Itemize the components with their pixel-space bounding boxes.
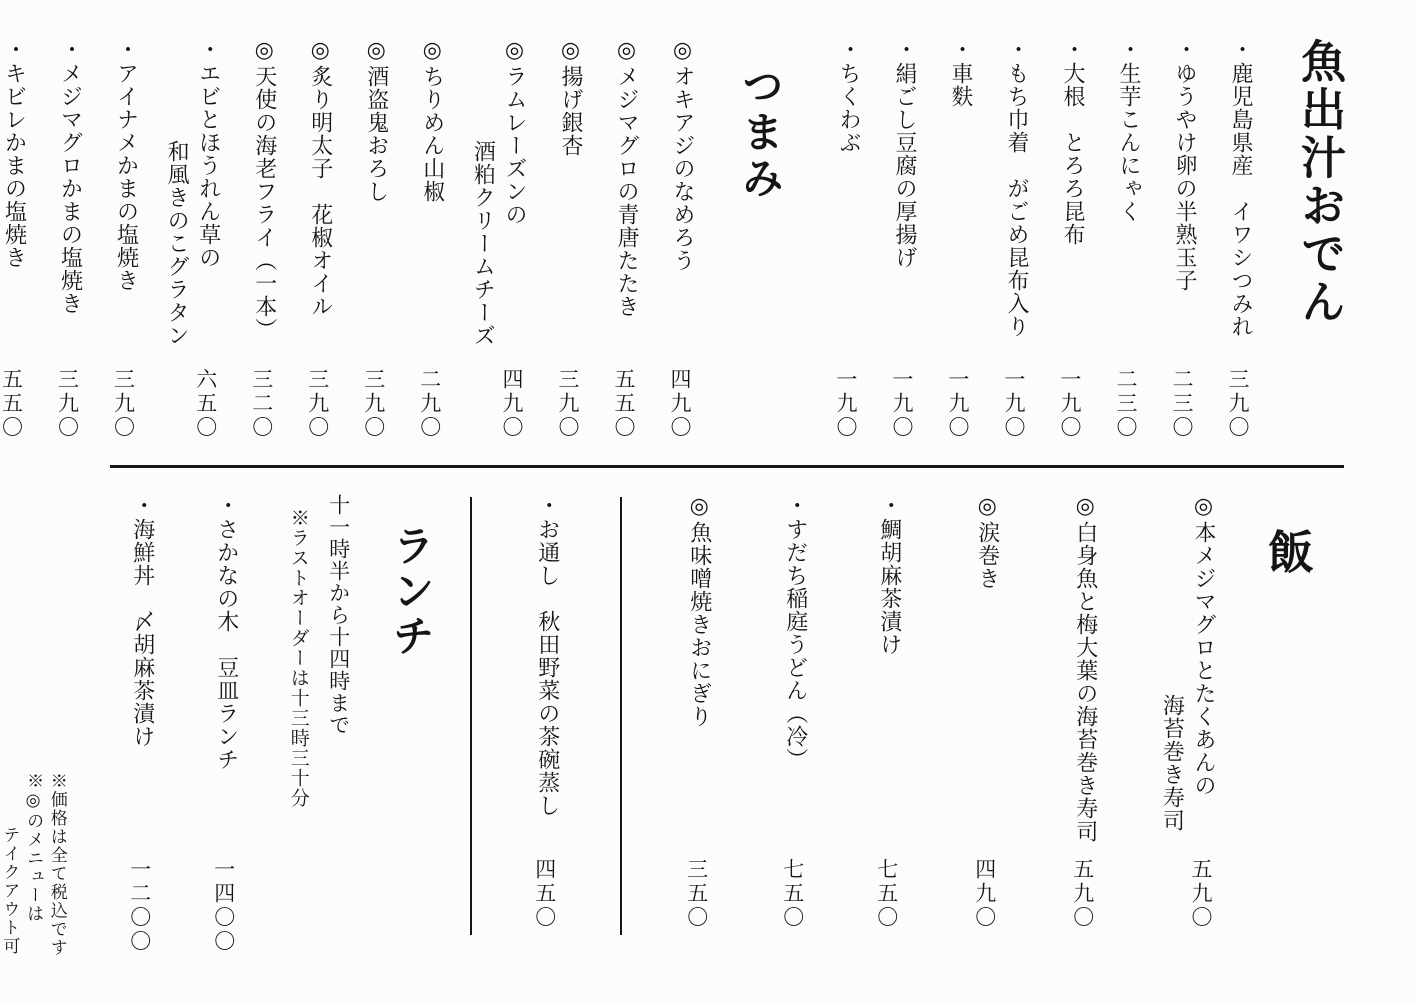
item-label: 酒盗鬼おろし	[365, 65, 390, 203]
item-label: 天使の海老フライ（一本）	[253, 65, 278, 341]
horizontal-divider	[110, 465, 1344, 468]
menu-item: ・キビレかまの塩焼き 五五〇	[0, 38, 27, 440]
item-name: ・鯛胡麻茶漬け	[877, 494, 902, 858]
bullet-marker: ◎	[1074, 494, 1099, 521]
item-label: 白身魚と梅大葉の海苔巻き寿司	[1074, 521, 1099, 843]
bullet-marker: ◎	[1192, 494, 1217, 521]
item-price: 四九〇	[665, 368, 695, 440]
item-price: 七五〇	[872, 858, 902, 930]
bullet-marker: ◎	[615, 38, 640, 65]
item-name: ・鹿児島県産 イワシつみれ	[1228, 38, 1253, 368]
tsumami-section-title: つまみ	[729, 38, 789, 202]
menu-item: ・車麩 一九〇	[943, 38, 973, 440]
item-price: 三九〇	[359, 368, 389, 440]
section-oden-tsumami: 魚出汁おでん ・鹿児島県産 イワシつみれ 三九〇 ・ゆうやけ卵の半熟玉子 二三〇…	[0, 38, 1352, 464]
item-label: オキアジのなめろう	[671, 65, 696, 272]
item-price: 一九〇	[999, 368, 1029, 440]
menu-item: ・メジマグロかまの塩焼き 三九〇	[53, 38, 83, 440]
bullet-marker: ・	[197, 38, 222, 62]
item-name: ◎酒盗鬼おろし	[364, 38, 389, 368]
bullet-marker: ◎	[365, 38, 390, 65]
item-price: 一九〇	[831, 368, 861, 440]
menu-item: ・海鮮丼 〆胡麻茶漬け 一二〇〇	[125, 494, 155, 954]
menu-item: ・大根 とろろ昆布 一九〇	[1055, 38, 1085, 440]
bullet-marker: ・	[131, 494, 156, 518]
vertical-divider	[620, 497, 622, 935]
item-price: 四九〇	[970, 858, 1000, 930]
item-label: さかなの木 豆皿ランチ	[215, 518, 240, 771]
item-price: 三九〇	[303, 368, 333, 440]
menu-item: ・アイナメかまの塩焼き 三九〇	[109, 38, 139, 440]
item-name: ・ちくわぶ	[836, 38, 861, 368]
item-name: ◎天使の海老フライ（一本）	[252, 38, 277, 368]
bullet-marker: ・	[1117, 38, 1142, 62]
item-label: 炙り明太子 花椒オイル	[309, 65, 334, 318]
tax-note: ※価格は全て税込です	[47, 772, 66, 957]
item-label-line2: 和風きのこグラタン	[165, 38, 190, 368]
menu-item: ・鹿児島県産 イワシつみれ 三九〇	[1223, 38, 1253, 440]
item-name: ・生芋こんにゃく	[1116, 38, 1141, 368]
item-price: 三二〇	[247, 368, 277, 440]
item-name: ・もち巾着 がごめ昆布入り	[1004, 38, 1029, 368]
meshi-section-title: 飯	[1254, 494, 1320, 574]
item-price: 七五〇	[778, 858, 808, 930]
menu-item: ◎揚げ銀杏 三九〇	[553, 38, 583, 440]
item-name: ◎本メジマグロとたくあんの 海苔巻き寿司	[1160, 494, 1216, 858]
item-price: 二三〇	[1167, 368, 1197, 440]
item-price: 三九〇	[109, 368, 139, 440]
takeout-note-line2: テイクアウト可	[0, 772, 18, 957]
item-name: ◎魚味噌焼きおにぎり	[687, 494, 712, 858]
item-label: 鹿児島県産 イワシつみれ	[1229, 62, 1254, 338]
menu-item: ・もち巾着 がごめ昆布入り 一九〇	[999, 38, 1029, 440]
item-name: ・車麩	[948, 38, 973, 368]
menu-item: ◎ラムレーズンの 酒粕クリームチーズ 四九〇	[471, 38, 527, 440]
menu-item: ・絹ごし豆腐の厚揚げ 一九〇	[887, 38, 917, 440]
item-label: 鯛胡麻茶漬け	[878, 518, 903, 656]
item-label: ちくわぶ	[837, 62, 862, 154]
item-label: 大根 とろろ昆布	[1061, 62, 1086, 246]
menu-item: ◎炙り明太子 花椒オイル 三九〇	[303, 38, 333, 440]
bullet-marker: ◎	[976, 494, 1001, 521]
item-price: 三九〇	[553, 368, 583, 440]
item-label: キビレかまの塩焼き	[3, 62, 28, 269]
item-label: すだち稲庭うどん（冷）	[784, 518, 809, 771]
item-label: エビとほうれん草の	[197, 62, 222, 269]
bullet-marker: ・	[1005, 38, 1030, 62]
item-price: 一九〇	[943, 368, 973, 440]
bullet-marker: ・	[878, 494, 903, 518]
menu-item: ◎魚味噌焼きおにぎり 三五〇	[682, 494, 712, 930]
item-label: 絹ごし豆腐の厚揚げ	[893, 62, 918, 269]
item-label: お通し 秋田野菜の茶碗蒸し	[536, 518, 561, 817]
bullet-marker: ◎	[671, 38, 696, 65]
menu-page: 魚出汁おでん ・鹿児島県産 イワシつみれ 三九〇 ・ゆうやけ卵の半熟玉子 二三〇…	[0, 0, 1416, 1002]
bullet-marker: ・	[837, 38, 862, 62]
menu-item: ・ゆうやけ卵の半熟玉子 二三〇	[1167, 38, 1197, 440]
vertical-divider	[470, 497, 472, 935]
item-label: メジマグロかまの塩焼き	[59, 62, 84, 315]
bullet-marker: ◎	[503, 38, 528, 65]
bullet-marker: ・	[1061, 38, 1086, 62]
item-price: 一九〇	[887, 368, 917, 440]
item-label-line2: 海苔巻き寿司	[1160, 494, 1185, 858]
item-name: ・キビレかまの塩焼き	[2, 38, 27, 368]
menu-item: ◎天使の海老フライ（一本） 三二〇	[247, 38, 277, 440]
item-name: ◎白身魚と梅大葉の海苔巻き寿司	[1073, 494, 1098, 858]
menu-item: ・生芋こんにゃく 二三〇	[1111, 38, 1141, 440]
item-price: 四五〇	[530, 858, 560, 930]
lunch-last-order-note: ※ラストオーダーは十三時三十分	[285, 494, 312, 808]
item-price: 五五〇	[609, 368, 639, 440]
item-label-line2: 酒粕クリームチーズ	[471, 38, 496, 368]
item-name: ・すだち稲庭うどん（冷）	[783, 494, 808, 858]
item-name: ◎ラムレーズンの 酒粕クリームチーズ	[471, 38, 527, 368]
bullet-marker: ◎	[309, 38, 334, 65]
menu-item: ◎本メジマグロとたくあんの 海苔巻き寿司 五九〇	[1160, 494, 1216, 930]
bullet-marker: ◎	[559, 38, 584, 65]
lunch-section-title: ランチ	[380, 494, 440, 659]
item-label: ラムレーズンの	[503, 65, 528, 226]
item-name: ・アイナメかまの塩焼き	[114, 38, 139, 368]
item-price: 三五〇	[682, 858, 712, 930]
bullet-marker: ◎	[253, 38, 278, 65]
bullet-marker: ・	[1173, 38, 1198, 62]
menu-item: ・お通し 秋田野菜の茶碗蒸し 四五〇	[530, 494, 560, 930]
item-label: ゆうやけ卵の半熟玉子	[1173, 62, 1198, 292]
item-label: 海鮮丼 〆胡麻茶漬け	[131, 518, 156, 748]
item-name: ・エビとほうれん草の 和風きのこグラタン	[165, 38, 221, 368]
item-name: ◎涙巻き	[975, 494, 1000, 858]
lunch-hours: 十一時半から十四時まで	[324, 494, 354, 736]
menu-item: ・すだち稲庭うどん（冷） 七五〇	[778, 494, 808, 930]
item-name: ・ゆうやけ卵の半熟玉子	[1172, 38, 1197, 368]
item-label: 生芋こんにゃく	[1117, 62, 1142, 223]
bullet-marker: ・	[784, 494, 809, 518]
item-price: 一二〇〇	[125, 858, 155, 954]
bullet-marker: ・	[115, 38, 140, 62]
item-label: 本メジマグロとたくあんの	[1192, 521, 1217, 797]
item-name: ・メジマグロかまの塩焼き	[58, 38, 83, 368]
oden-section-title: 魚出汁おでん	[1287, 38, 1352, 326]
menu-item: ◎ちりめん山椒 二九〇	[415, 38, 445, 440]
item-price: 五九〇	[1068, 858, 1098, 930]
item-name: ◎炙り明太子 花椒オイル	[308, 38, 333, 368]
menu-item: ・鯛胡麻茶漬け 七五〇	[872, 494, 902, 930]
item-name: ・絹ごし豆腐の厚揚げ	[892, 38, 917, 368]
item-price: 一九〇	[1055, 368, 1085, 440]
item-price: 五五〇	[0, 368, 27, 440]
item-price: 五九〇	[1186, 858, 1216, 930]
item-name: ◎ちりめん山椒	[420, 38, 445, 368]
item-name: ◎揚げ銀杏	[558, 38, 583, 368]
item-label: アイナメかまの塩焼き	[115, 62, 140, 292]
footer-notes: ※価格は全て税込です ※◎のメニューは テイクアウト可	[0, 494, 71, 957]
item-price: 一四〇〇	[209, 858, 239, 954]
menu-item: ◎オキアジのなめろう 四九〇	[665, 38, 695, 440]
bullet-marker: ・	[1229, 38, 1254, 62]
item-price: 二九〇	[415, 368, 445, 440]
item-price: 三九〇	[53, 368, 83, 440]
bullet-marker: ・	[3, 38, 28, 62]
item-label: もち巾着 がごめ昆布入り	[1005, 62, 1030, 338]
menu-item: ◎メジマグロの青唐たたき 五五〇	[609, 38, 639, 440]
bullet-marker: ◎	[421, 38, 446, 65]
menu-item: ◎酒盗鬼おろし 三九〇	[359, 38, 389, 440]
item-name: ◎メジマグロの青唐たたき	[614, 38, 639, 368]
item-label: ちりめん山椒	[421, 65, 446, 203]
item-name: ・海鮮丼 〆胡麻茶漬け	[130, 494, 155, 858]
item-price: 四九〇	[497, 368, 527, 440]
item-label: 揚げ銀杏	[559, 65, 584, 157]
item-label: 魚味噌焼きおにぎり	[688, 521, 713, 728]
item-label: 涙巻き	[976, 521, 1001, 590]
menu-item: ・エビとほうれん草の 和風きのこグラタン 六五〇	[165, 38, 221, 440]
bullet-marker: ・	[215, 494, 240, 518]
item-name: ・さかなの木 豆皿ランチ	[214, 494, 239, 858]
item-price: 三九〇	[1223, 368, 1253, 440]
menu-item: ・ちくわぶ 一九〇	[831, 38, 861, 440]
bullet-marker: ・	[893, 38, 918, 62]
bullet-marker: ◎	[688, 494, 713, 521]
item-price: 六五〇	[191, 368, 221, 440]
item-name: ◎オキアジのなめろう	[670, 38, 695, 368]
item-price: 二三〇	[1111, 368, 1141, 440]
menu-item: ◎白身魚と梅大葉の海苔巻き寿司 五九〇	[1068, 494, 1098, 930]
item-label: 車麩	[949, 62, 974, 108]
menu-item: ・さかなの木 豆皿ランチ 一四〇〇	[209, 494, 239, 954]
item-label: メジマグロの青唐たたき	[615, 65, 640, 318]
takeout-note-line1: ※◎のメニューは	[23, 772, 42, 957]
menu-item: ◎涙巻き 四九〇	[970, 494, 1000, 930]
item-name: ・お通し 秋田野菜の茶碗蒸し	[535, 494, 560, 858]
bullet-marker: ・	[59, 38, 84, 62]
item-name: ・大根 とろろ昆布	[1060, 38, 1085, 368]
bullet-marker: ・	[536, 494, 561, 518]
section-meshi-lunch: 飯 ◎本メジマグロとたくあんの 海苔巻き寿司 五九〇 ◎白身魚と梅大葉の海苔巻き…	[0, 494, 1320, 976]
bullet-marker: ・	[949, 38, 974, 62]
